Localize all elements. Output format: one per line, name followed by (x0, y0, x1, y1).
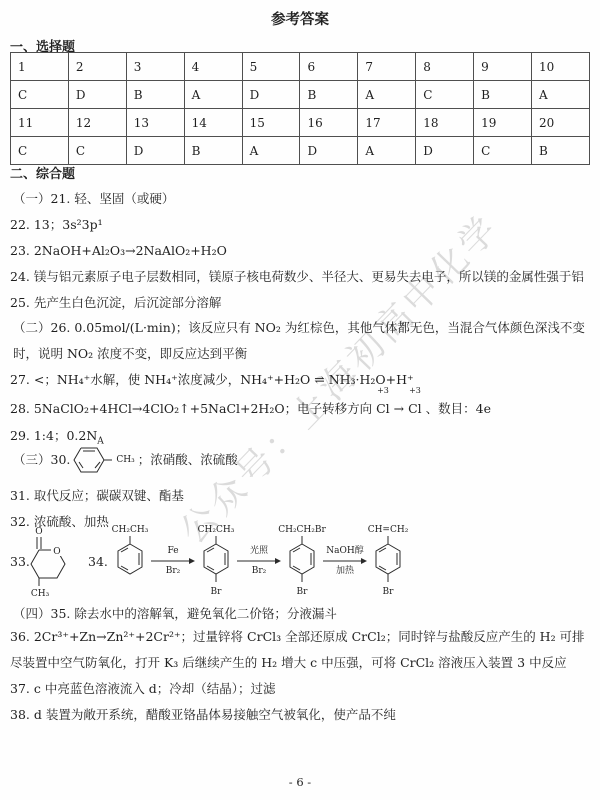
table-row: C C D B A D A D C B (11, 137, 590, 165)
answer-cell: 12 (68, 109, 126, 137)
ethylbenzene-structure: CH₂CH₃ (110, 524, 150, 600)
arrow-icon (237, 557, 281, 565)
ring-oxygen-label: O (53, 547, 60, 557)
answer-cell: D (416, 137, 474, 165)
answer-cell: 18 (416, 109, 474, 137)
answer-cell: B (474, 81, 532, 109)
answer-24: 24. 镁与铝元素原子电子层数相同，镁原子核电荷数少、半径大、更易失去电子，所以… (10, 264, 592, 290)
answer-37: 37. c 中亮蓝色溶液流入 d；冷却（结晶）；过滤 (10, 676, 592, 702)
answer-cell: 6 (300, 53, 358, 81)
answer-cell: D (300, 137, 358, 165)
page-number: - 6 - (0, 775, 600, 789)
answer-36: 36. 2Cr³⁺+Zn→Zn²⁺+2Cr²⁺；过量锌将 CrCl₃ 全部还原成… (10, 624, 592, 676)
answer-33-label: 33. (10, 554, 30, 569)
methyl-group-label: CH₃ (116, 447, 134, 473)
answer-cell: 9 (474, 53, 532, 81)
bromo-substituent-label: Br (297, 586, 308, 598)
bromo-substituent-label: Br (383, 586, 394, 598)
arrow-reagent-label: Fe (167, 545, 178, 557)
benzene-ring-icon (375, 536, 401, 586)
answer-28: 28. 5NaClO₂+4HCl→4ClO₂↑+5NaCl+2H₂O；电子转移方… (10, 396, 592, 422)
table-row: C D B A D B A C B A (11, 81, 590, 109)
answer-cell: 17 (358, 109, 416, 137)
answer-cell: C (474, 137, 532, 165)
answer-cell: 11 (11, 109, 69, 137)
answer-cell: 16 (300, 109, 358, 137)
answer-27: 27. <；NH₄⁺水解，使 NH₄⁺浓度减少，NH₄⁺+H₂O ⇌ NH₃·H… (10, 367, 592, 393)
answer-cell: D (242, 81, 300, 109)
bromoethyl-group-label: CH₂CH₂Br (278, 524, 326, 536)
answer-38: 38. d 装置为敞开系统，醋酸亚铬晶体易接触空气被氧化，使产品不纯 (10, 702, 592, 728)
answer-cell: 3 (126, 53, 184, 81)
answer-cell: B (300, 81, 358, 109)
reaction-arrow-2: 光照 Br₂ (236, 545, 282, 577)
ethyl-group-label: CH₂CH₃ (198, 524, 235, 536)
answer-22: 22. 13；3s²3p¹ (10, 212, 592, 238)
answer-28-equation: 28. 5NaClO₂+4HCl→4ClO₂↑+5NaCl+2H₂O；电子转移方… (10, 401, 372, 416)
arrow-condition-label: Br₂ (252, 565, 267, 577)
bromoethylbenzene-structure: CH₂CH₃ Br (196, 524, 236, 600)
answer-cell: 15 (242, 109, 300, 137)
answer-cell: 1 (11, 53, 69, 81)
answer-cell: C (68, 137, 126, 165)
answer-30: （三）30. CH₃ ；浓硝酸、浓硫酸 (13, 444, 592, 476)
answer-cell: D (126, 137, 184, 165)
ethyl-group-label: CH₂CH₃ (112, 524, 149, 536)
oxidation-number-label: +3 (377, 387, 389, 395)
answer-34-label: 34. (88, 554, 110, 569)
answer-26: （二）26. 0.05mol/(L·min)；该反应只有 NO₂ 为红棕色，其他… (13, 315, 592, 367)
arrow-reagent-label: NaOH醇 (326, 545, 363, 557)
oxidation-number-label: +3 (409, 387, 421, 395)
arrow-icon (323, 557, 367, 565)
page-title: 参考答案 (0, 8, 600, 29)
answer-25: 25. 先产生白色沉淀，后沉淀部分溶解 (10, 290, 592, 316)
chlorine-oxidation-state-left: +3Cl (376, 396, 390, 422)
answer-cell: D (68, 81, 126, 109)
arrow-condition-label: Br₂ (166, 565, 181, 577)
reaction-arrow-1: Fe Br₂ (150, 545, 196, 577)
answer-cell: 7 (358, 53, 416, 81)
answer-cell: 2 (68, 53, 126, 81)
answer-cell: A (242, 137, 300, 165)
chlorine-oxidation-state-right: +3Cl (408, 396, 422, 422)
benzene-ring-icon (117, 536, 143, 586)
answer-cell: 5 (242, 53, 300, 81)
table-row: 1 2 3 4 5 6 7 8 9 10 (11, 53, 590, 81)
methyl-group-label: CH₃ (31, 589, 50, 599)
bromo-substituent-label: Br (211, 586, 222, 598)
bromoethyl-bromobenzene-structure: CH₂CH₂Br Br (282, 524, 322, 600)
answer-33-34-row: 33. O O CH₃ 34. CH₂CH₃ (10, 524, 408, 600)
answer-cell: B (184, 137, 242, 165)
table-row: 11 12 13 14 15 16 17 18 19 20 (11, 109, 590, 137)
vinyl-group-label: CH=CH₂ (368, 524, 409, 536)
answer-cell: 20 (532, 109, 590, 137)
arrow-condition-label: 加热 (336, 565, 354, 577)
answer-21: （一）21. 轻、坚固（或硬） (13, 186, 592, 212)
answer-cell: A (184, 81, 242, 109)
lactone-structure: O O CH₃ (30, 524, 76, 600)
answer-31: 31. 取代反应；碳碳双键、酯基 (10, 483, 592, 509)
answer-cell: B (532, 137, 590, 165)
answer-28-count: 、数目：4e (426, 401, 491, 416)
reaction-arrow-3: NaOH醇 加热 (322, 545, 368, 577)
answer-cell: C (11, 81, 69, 109)
answer-table: 1 2 3 4 5 6 7 8 9 10 C D B A D B A C B (10, 52, 590, 165)
answer-cell: 8 (416, 53, 474, 81)
answer-cell: B (126, 81, 184, 109)
arrow-icon (151, 557, 195, 565)
answer-cell: 4 (184, 53, 242, 81)
benzene-ring-icon (203, 536, 229, 586)
answer-30-label: （三）30. (13, 447, 70, 473)
benzene-ring-icon (73, 447, 113, 473)
answer-cell: C (416, 81, 474, 109)
section-heading-comprehensive: 二、综合题 (10, 163, 75, 182)
bromostyrene-structure: CH=CH₂ Br (368, 524, 408, 600)
electron-transfer-arrow: → (394, 401, 404, 416)
answer-cell: A (358, 137, 416, 165)
benzene-ring-icon (289, 536, 315, 586)
answer-sheet-page: 公众号：上海初高中化学 参考答案 一、选择题 1 2 3 4 5 6 7 8 9… (0, 0, 600, 800)
answer-29-text: 29. 1:4；0.2N (10, 428, 97, 443)
answer-cell: 13 (126, 109, 184, 137)
arrow-reagent-label: 光照 (250, 545, 268, 557)
answer-cell: A (532, 81, 590, 109)
answer-23: 23. 2NaOH+Al₂O₃→2NaAlO₂+H₂O (10, 238, 592, 264)
answer-cell: 10 (532, 53, 590, 81)
answer-cell: 14 (184, 109, 242, 137)
carbonyl-oxygen-label: O (35, 527, 42, 537)
answer-cell: C (11, 137, 69, 165)
answer-30-reagents: ；浓硝酸、浓硫酸 (138, 447, 238, 473)
answer-cell: 19 (474, 109, 532, 137)
answer-cell: A (358, 81, 416, 109)
